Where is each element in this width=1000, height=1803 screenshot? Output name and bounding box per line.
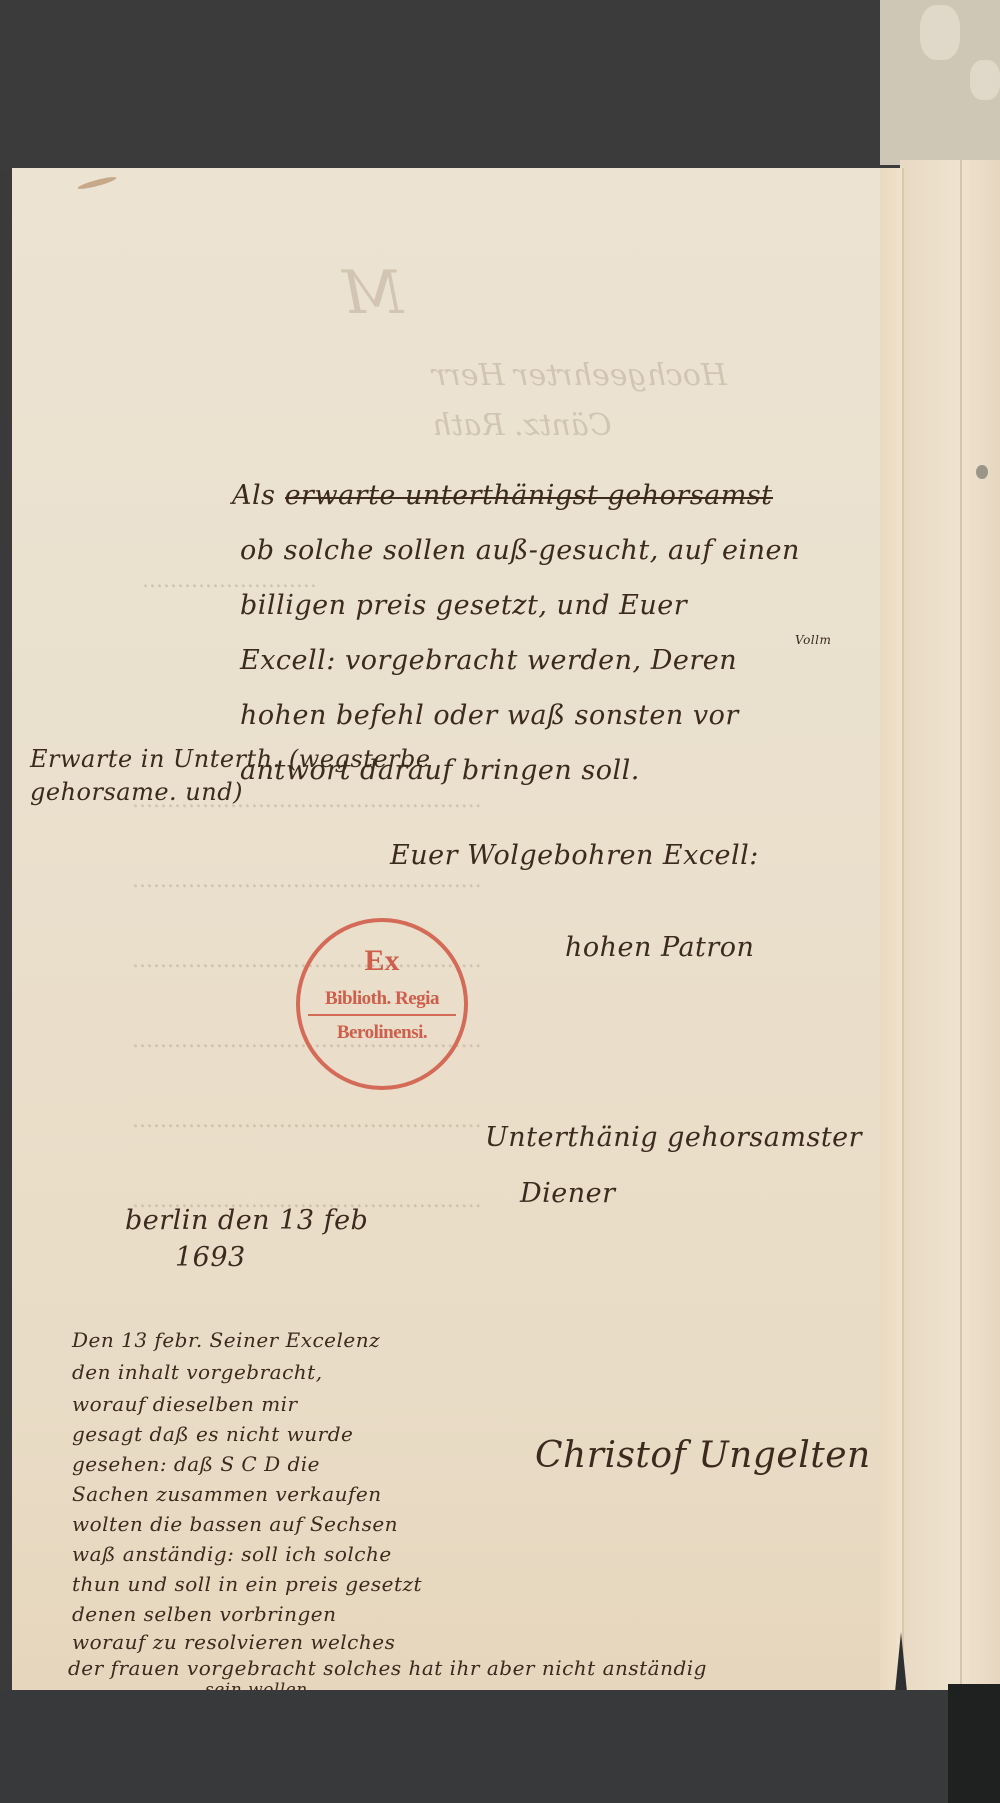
stamp-line-2: Biblioth. Regia [300,988,464,1010]
postscript-line-8: waß anständig: soll ich solche [72,1542,392,1566]
stamp-line-1: Ex [300,944,464,978]
page-fold [960,160,962,1720]
main-text-word: Als [232,480,285,511]
binding-shadow [948,1684,1000,1803]
postscript-line-5: gesehen: daß S C D die [72,1452,320,1476]
postscript-line-11: worauf zu resolvieren welches [72,1630,395,1654]
main-text-line-2: ob solche sollen auß-gesucht, auf einen [240,535,800,566]
margin-note-line-1: Erwarte in Unterth. (wegsterbe [30,745,431,773]
main-text-line-4: Excell: vorgebracht werden, Deren Vollm [240,645,737,676]
postscript-line-3: worauf dieselben mir [72,1392,298,1416]
place-date-line: berlin den 13 feb [125,1205,368,1236]
postscript-line-6: Sachen zusammen verkaufen [72,1482,382,1506]
postscript-line-1: Den 13 febr. Seiner Excelenz [72,1328,380,1352]
superscript-insertion: Vollm [795,633,831,647]
stamp-line-3: Berolinensi. [300,1022,464,1044]
ink-blot [976,465,988,479]
ink-stain [77,175,117,191]
scan-background-top [0,0,1000,170]
postscript-line-2: den inhalt vorgebracht, [72,1360,323,1384]
back-page-edge [900,160,1000,1720]
bleed-through-text: ........................................… [132,868,482,893]
stamp-rule [308,1014,456,1016]
closing-servant: Diener [520,1178,616,1209]
bleed-through-text: ........................................… [132,1108,482,1133]
postscript-line-7: wolten die bassen auf Sechsen [72,1512,398,1536]
postscript-line-4: gesagt daß es nicht wurde [72,1422,353,1446]
signature: Christof Ungelten [535,1435,871,1476]
library-stamp: Ex Biblioth. Regia Berolinensi. [296,918,468,1090]
adjacent-page-fragment [880,0,1000,165]
bleed-through-text: M [342,258,403,328]
mount-edge [895,1632,907,1692]
main-text-content: Excell: vorgebracht werden, Deren [240,645,737,676]
bleed-through-text: Hochgeehrter Herr [432,358,727,393]
date-year: 1693 [175,1242,246,1273]
page-right-edge [880,168,902,1693]
main-text-line-3: billigen preis gesetzt, und Euer [240,590,687,621]
paper-tear [920,5,960,60]
closing-subscription: Unterthänig gehorsamster [485,1122,862,1153]
main-text-line-1: Als erwarte unterthänigst gehorsamst [232,480,773,511]
postscript-line-9: thun und soll in ein preis gesetzt [72,1572,422,1596]
bleed-through-text: Cäntz. Rath [432,408,612,443]
scan-background-bottom [0,1690,1000,1803]
closing-salutation: Euer Wolgebohren Excell: [390,840,759,871]
paper-tear [970,60,1000,100]
struck-through-text: erwarte unterthänigst gehorsamst [285,480,773,511]
postscript-line-10: denen selben vorbringen [72,1602,337,1626]
closing-title: hohen Patron [565,932,754,963]
main-text-line-5: hohen befehl oder waß sonsten vor [240,700,739,731]
postscript-line-12: der frauen vorgebracht solches hat ihr a… [68,1656,707,1680]
margin-note-line-2: gehorsame. und) [30,778,243,806]
